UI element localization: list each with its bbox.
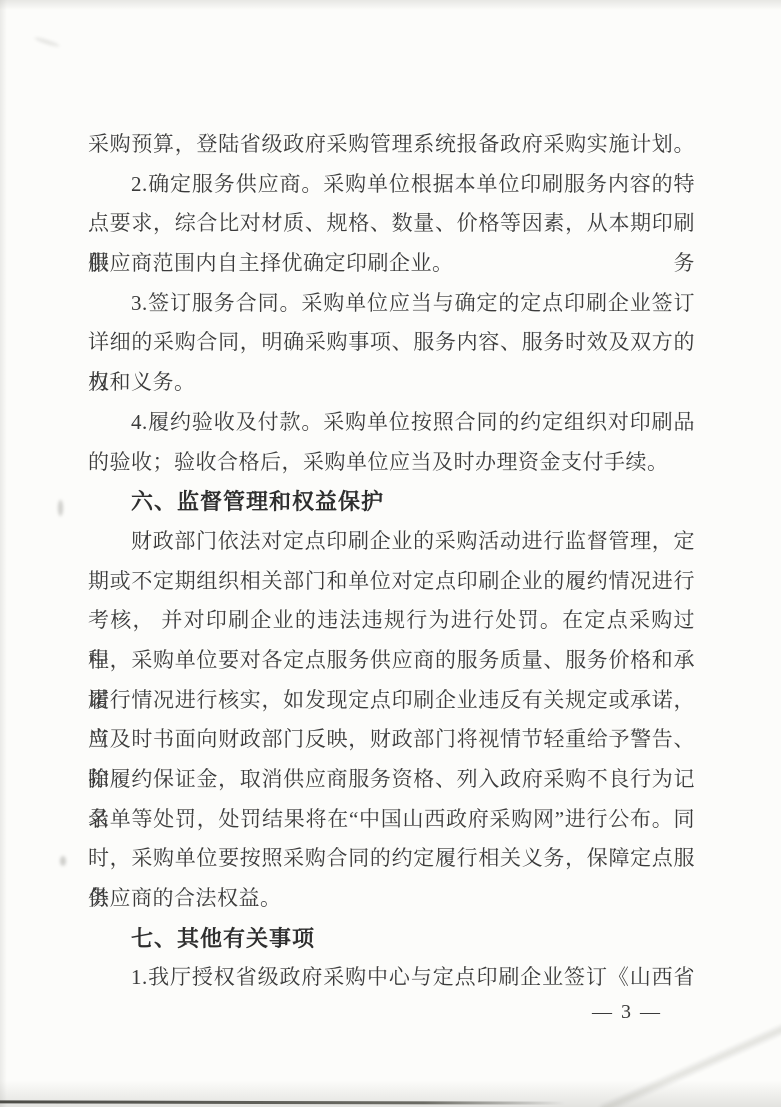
text-line: 的验收；验收合格后，采购单位应当及时办理资金支付手续。	[88, 443, 695, 483]
text-line: 除履约保证金，取消供应商服务资格、列入政府采购不良行为记录	[88, 760, 695, 800]
text-line: 1.我厅授权省级政府采购中心与定点印刷企业签订《山西省	[88, 958, 695, 998]
text-line: 点要求，综合比对材质、规格、数量、价格等因素，从本期印刷服务	[88, 204, 695, 244]
scan-tint-left	[0, 0, 7, 1107]
scan-smudge	[60, 856, 66, 866]
document-body: 采购预算，登陆省级政府采购管理系统报备政府采购实施计划。 2.确定服务供应商。采…	[88, 125, 695, 998]
text-line: 中，采购单位要对各定点服务供应商的服务质量、服务价格和承诺	[88, 641, 695, 681]
text-line: 期或不定期组织相关部门和单位对定点印刷企业的履约情况进行	[88, 562, 695, 602]
text-line: 当及时书面向财政部门反映，财政部门将视情节轻重给予警告、扣	[88, 720, 695, 760]
text-line: 供应商的合法权益。	[88, 879, 695, 919]
text-line: 力和义务。	[88, 363, 695, 403]
text-line: 财政部门依法对定点印刷企业的采购活动进行监督管理，定	[88, 522, 695, 562]
text-line: 名单等处罚，处罚结果将在“中国山西政府采购网”进行公布。同	[88, 800, 695, 840]
text-line: 履行情况进行核实，如发现定点印刷企业违反有关规定或承诺，应	[88, 681, 695, 721]
text-line: 4.履约验收及付款。采购单位按照合同的约定组织对印刷品	[88, 403, 695, 443]
section-heading-7: 七、其他有关事项	[88, 919, 695, 959]
text-line: 时，采购单位要按照采购合同的约定履行相关义务，保障定点服务	[88, 839, 695, 879]
text-line: 2.确定服务供应商。采购单位根据本单位印刷服务内容的特	[88, 165, 695, 205]
scan-smudge	[58, 500, 63, 516]
text-line: 详细的采购合同，明确采购事项、服务内容、服务时效及双方的权	[88, 323, 695, 363]
scan-tint-top	[0, 0, 781, 10]
scanned-document-page: 采购预算，登陆省级政府采购管理系统报备政府采购实施计划。 2.确定服务供应商。采…	[0, 0, 781, 1107]
text-line: 考核， 并对印刷企业的违法违规行为进行处罚。在定点采购过程	[88, 601, 695, 641]
section-heading-6: 六、监督管理和权益保护	[88, 482, 695, 522]
text-line: 3.签订服务合同。采购单位应当与确定的定点印刷企业签订	[88, 284, 695, 324]
scan-edge-line	[0, 1100, 565, 1104]
scan-shadow-bottom	[0, 1081, 781, 1107]
scan-smudge	[34, 36, 60, 48]
page-number: — 3 —	[592, 1001, 672, 1024]
scan-streak	[599, 1018, 781, 1107]
text-line: 采购预算，登陆省级政府采购管理系统报备政府采购实施计划。	[88, 125, 695, 165]
